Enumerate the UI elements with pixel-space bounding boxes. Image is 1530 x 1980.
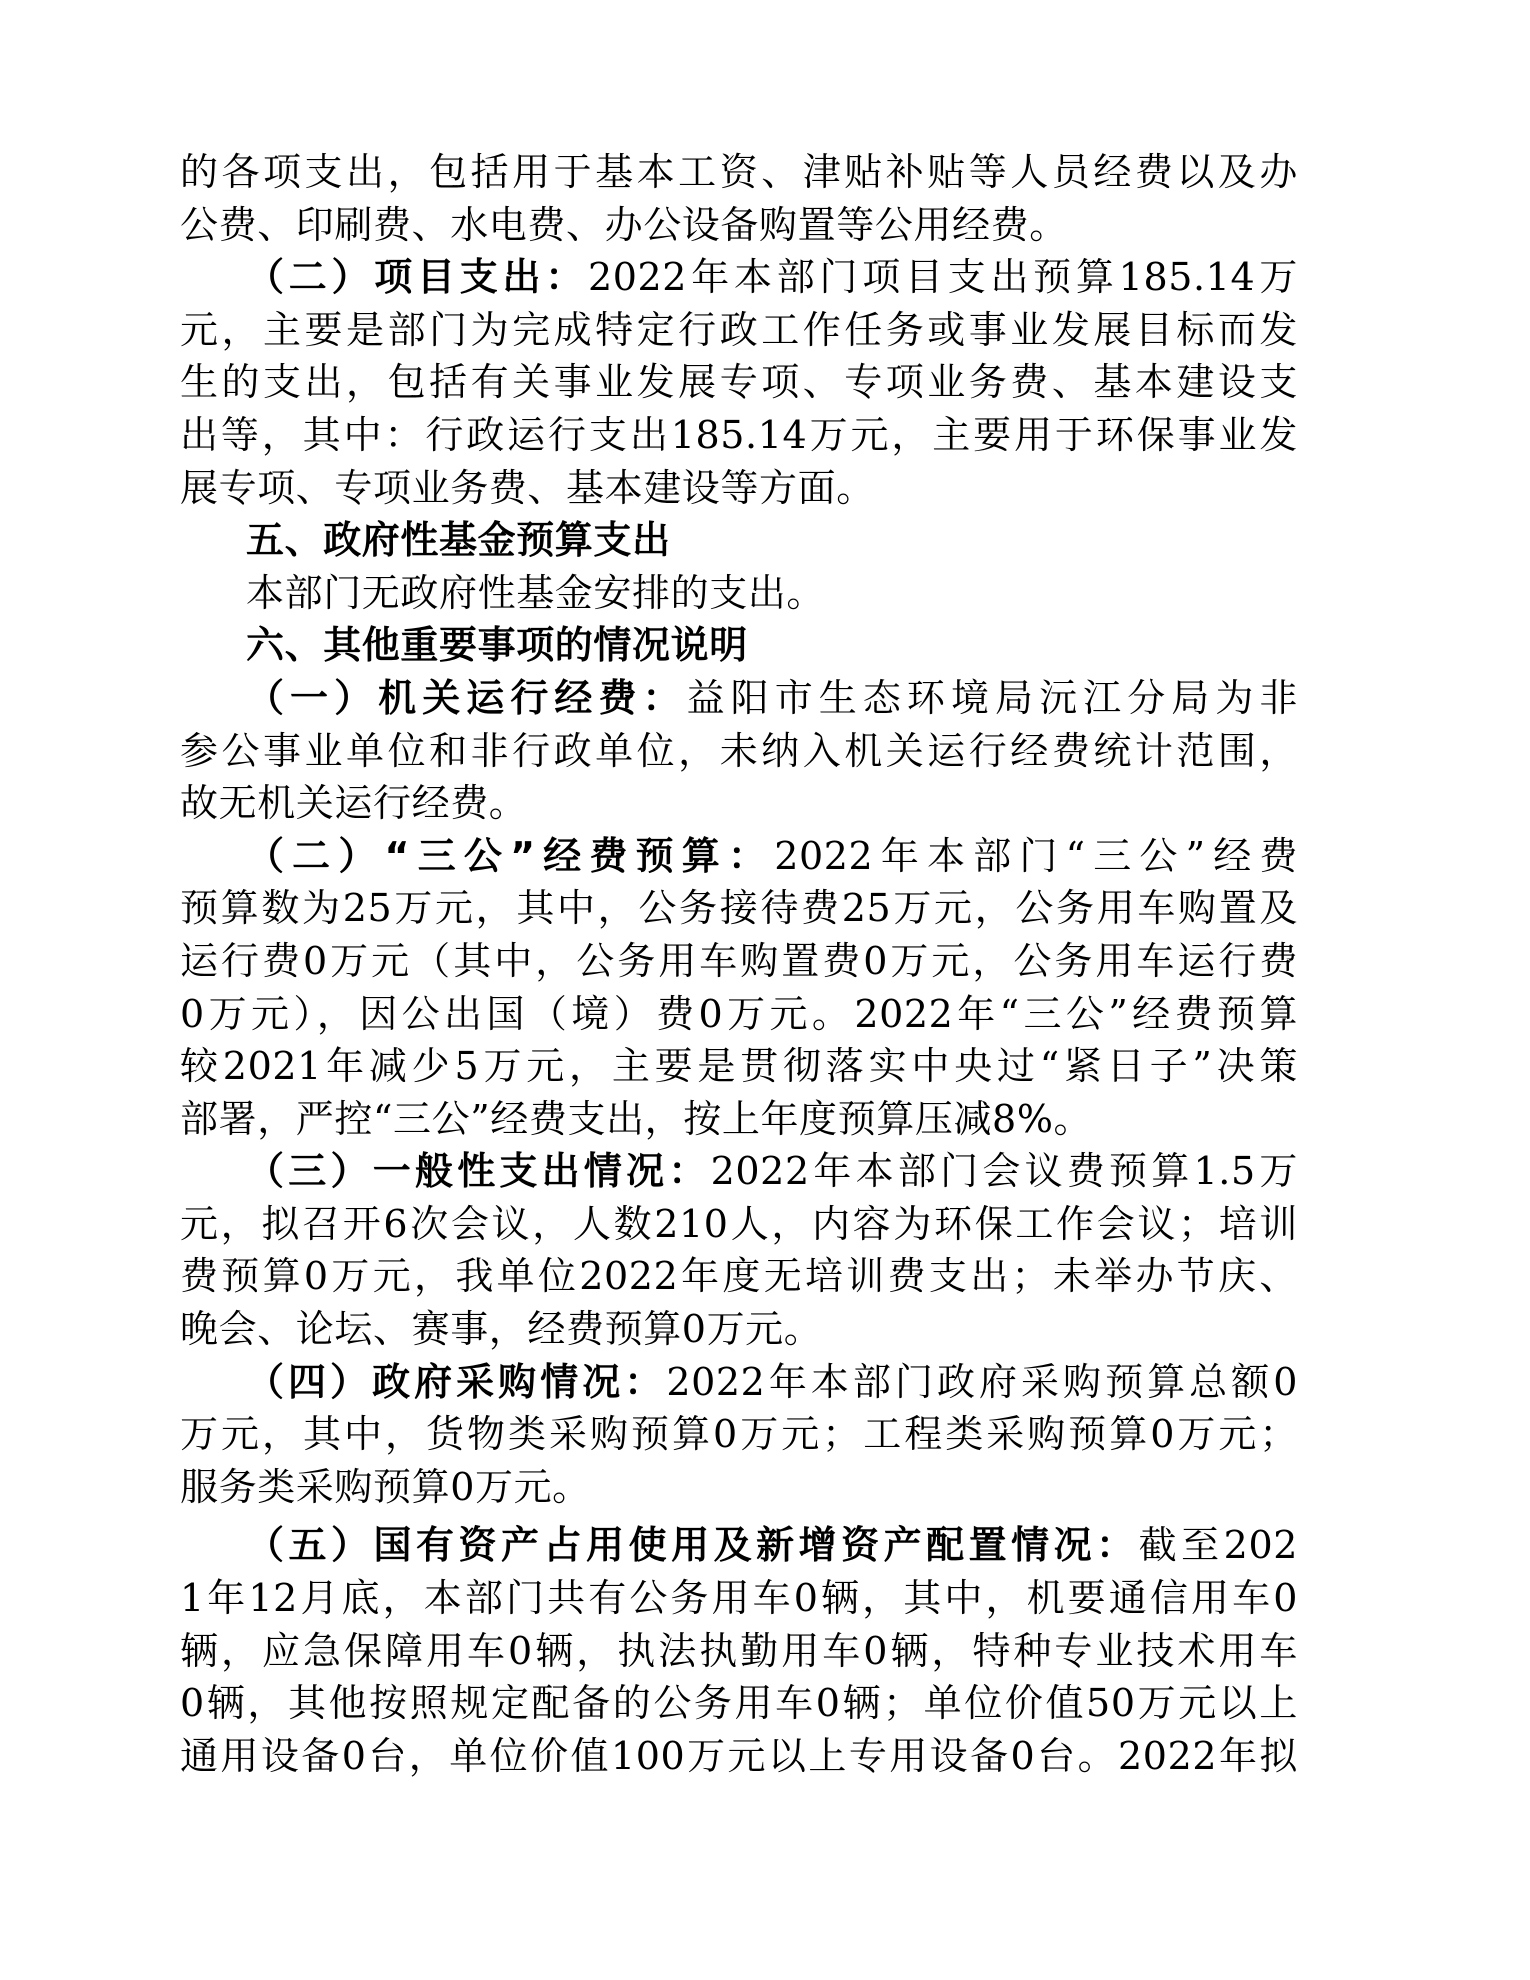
- paragraph-line: 的各项支出，包括用于基本工资、津贴补贴等人员经费以及办: [180, 146, 1298, 199]
- subsection-heading-general-expenditure: （三）一般性支出情况：: [246, 1149, 711, 1193]
- section-heading-project-expenditure: （二）项目支出：: [246, 255, 588, 299]
- paragraph-line: 费预算0万元，我单位2022年度无培训费支出；未举办节庆、: [180, 1250, 1298, 1303]
- paragraph-text: 2022年本部门“三公”经费: [774, 834, 1298, 878]
- paragraph-line: 1年12月底，本部门共有公务用车0辆，其中，机要通信用车0: [180, 1572, 1298, 1625]
- three-public-expenses-line: （二）“三公”经费预算：2022年本部门“三公”经费: [180, 830, 1298, 883]
- subsection-heading-state-assets: （五）国有资产占用使用及新增资产配置情况：: [246, 1523, 1139, 1567]
- government-procurement-line: （四）政府采购情况：2022年本部门政府采购预算总额0: [180, 1356, 1298, 1409]
- subsection-heading-agency-operating-cost: （一）机关运行经费：: [246, 676, 687, 720]
- paragraph-line: 预算数为25万元，其中，公务接待费25万元，公务用车购置及: [180, 882, 1298, 935]
- paragraph-line: 通用设备0台，单位价值100万元以上专用设备0台。2022年拟: [180, 1730, 1298, 1783]
- paragraph-line: 服务类采购预算0万元。: [180, 1461, 1298, 1514]
- paragraph-text: 益阳市生态环境局沅江分局为非: [687, 676, 1298, 720]
- paragraph-line: 出等，其中：行政运行支出185.14万元，主要用于环保事业发: [180, 409, 1298, 462]
- subsection-heading-three-public-expenses: （二）“三公”经费预算：: [246, 834, 774, 878]
- paragraph-line: 元，拟召开6次会议，人数210人，内容为环保工作会议；培训: [180, 1198, 1298, 1251]
- agency-operating-cost-line: （一）机关运行经费：益阳市生态环境局沅江分局为非: [180, 672, 1298, 725]
- paragraph-text: 2022年本部门政府采购预算总额0: [666, 1360, 1298, 1404]
- paragraph-line: 元，主要是部门为完成特定行政工作任务或事业发展目标而发: [180, 304, 1298, 357]
- paragraph-line: 0万元），因公出国（境）费0万元。2022年“三公”经费预算: [180, 988, 1298, 1041]
- state-assets-line: （五）国有资产占用使用及新增资产配置情况：截至202: [180, 1519, 1298, 1572]
- paragraph-line: 公费、印刷费、水电费、办公设备购置等公用经费。: [180, 199, 1298, 252]
- paragraph-line: 万元，其中，货物类采购预算0万元；工程类采购预算0万元；: [180, 1408, 1298, 1461]
- paragraph-line: 生的支出，包括有关事业发展专项、专项业务费、基本建设支: [180, 356, 1298, 409]
- subsection-heading-government-procurement: （四）政府采购情况：: [246, 1360, 666, 1404]
- paragraph-line: 辆，应急保障用车0辆，执法执勤用车0辆，特种专业技术用车: [180, 1625, 1298, 1678]
- section-heading-government-fund: 五、政府性基金预算支出: [180, 514, 1298, 567]
- paragraph-line: 参公事业单位和非行政单位，未纳入机关运行经费统计范围，: [180, 725, 1298, 778]
- paragraph-line: 展专项、专项业务费、基本建设等方面。: [180, 462, 1298, 515]
- paragraph-line: 故无机关运行经费。: [180, 777, 1298, 830]
- paragraph-line: 运行费0万元（其中，公务用车购置费0万元，公务用车运行费: [180, 935, 1298, 988]
- paragraph-text: 2022年本部门项目支出预算185.14万: [588, 255, 1298, 299]
- project-expenditure-line: （二）项目支出：2022年本部门项目支出预算185.14万: [180, 251, 1298, 304]
- section-heading-other-matters: 六、其他重要事项的情况说明: [180, 619, 1298, 672]
- paragraph-line: 较2021年减少5万元，主要是贯彻落实中央过“紧日子”决策: [180, 1040, 1298, 1093]
- paragraph-line: 晚会、论坛、赛事，经费预算0万元。: [180, 1303, 1298, 1356]
- paragraph-line: 部署，严控“三公”经费支出，按上年度预算压减8%。: [180, 1093, 1298, 1146]
- document-page: 的各项支出，包括用于基本工资、津贴补贴等人员经费以及办 公费、印刷费、水电费、办…: [180, 146, 1298, 1782]
- paragraph-line: 本部门无政府性基金安排的支出。: [180, 567, 1298, 620]
- paragraph-text: 截至202: [1139, 1523, 1298, 1567]
- paragraph-text: 2022年本部门会议费预算1.5万: [711, 1149, 1298, 1193]
- paragraph-line: 0辆，其他按照规定配备的公务用车0辆；单位价值50万元以上: [180, 1677, 1298, 1730]
- general-expenditure-line: （三）一般性支出情况：2022年本部门会议费预算1.5万: [180, 1145, 1298, 1198]
